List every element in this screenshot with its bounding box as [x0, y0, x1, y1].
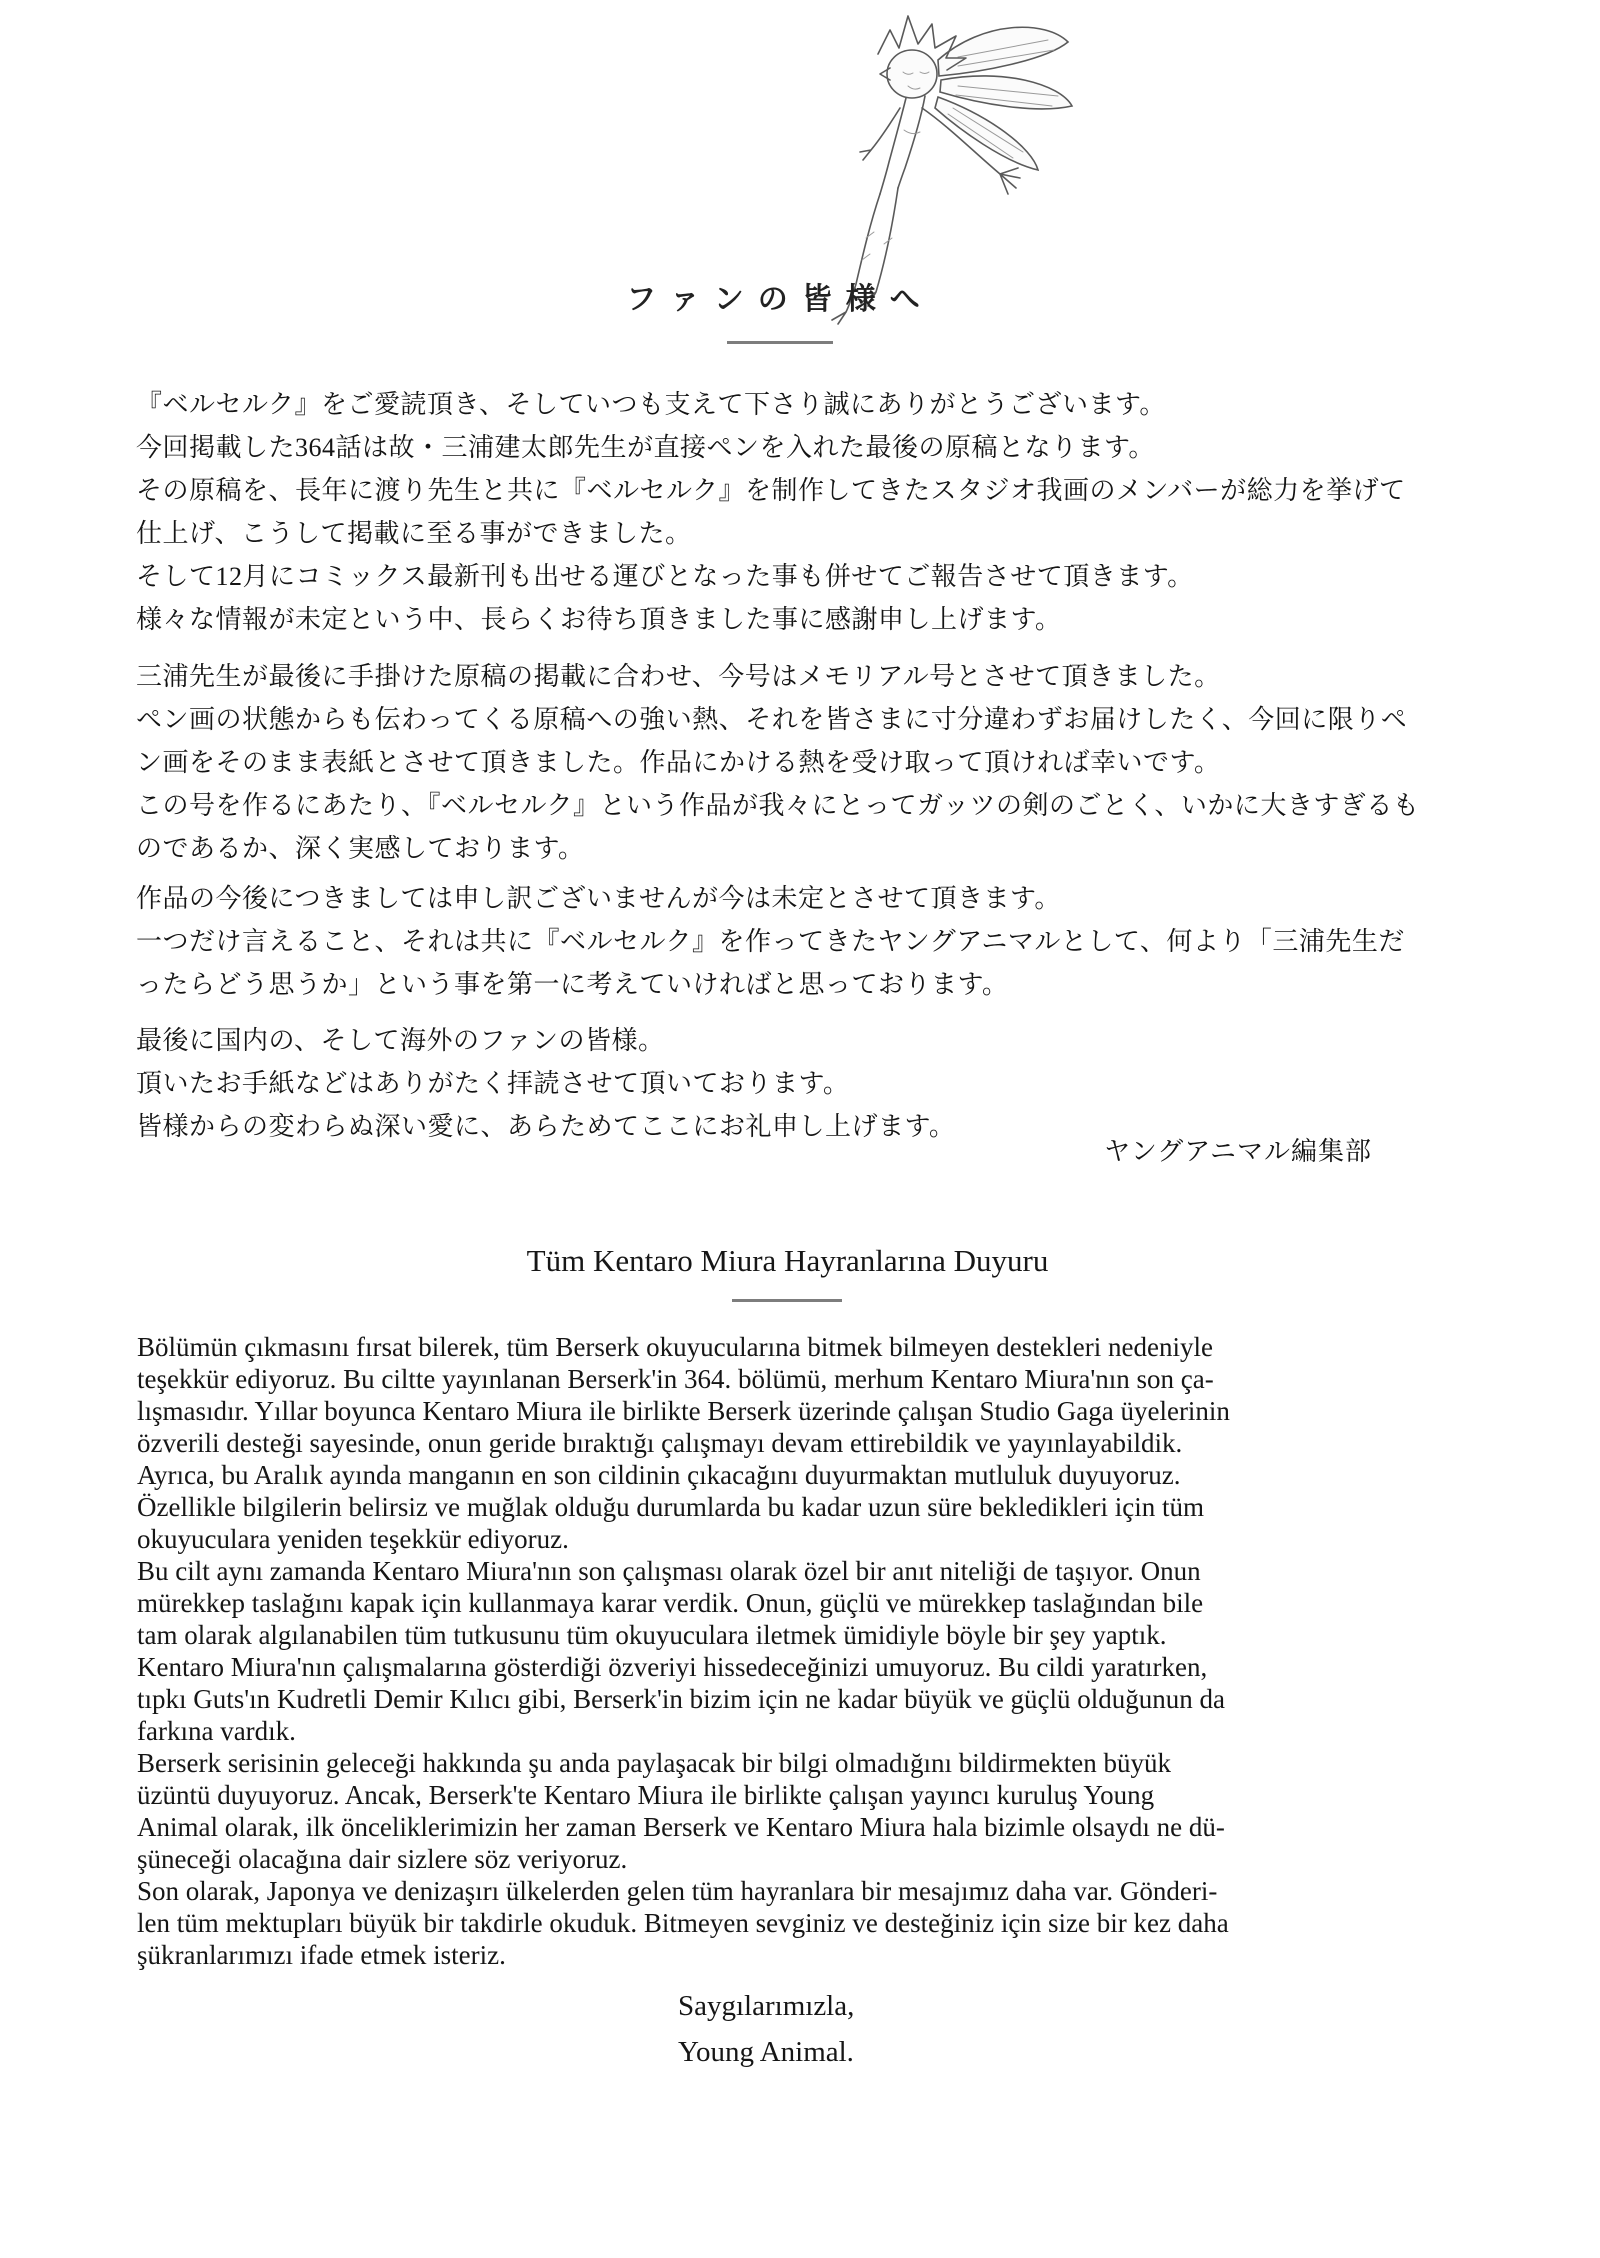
- turkish-text-line: Son olarak, Japonya ve denizaşırı ülkele…: [137, 1875, 1437, 1907]
- japanese-text-line: ったらどう思うか」という事を第一に考えていければと思っております。: [136, 963, 1481, 1006]
- turkish-text-line: mürekkep taslağını kapak için kullanmaya…: [137, 1587, 1437, 1619]
- japanese-text-line: のであるか、深く実感しております。: [136, 827, 1481, 870]
- japanese-text-line: 『ベルセルク』をご愛読頂き、そしていつも支えて下さり誠にありがとうございます。: [136, 383, 1481, 426]
- turkish-text-line: şüneceği olacağına dair sizlere söz veri…: [137, 1843, 1437, 1875]
- turkish-text-line: Bölümün çıkmasını fırsat bilerek, tüm Be…: [137, 1331, 1437, 1363]
- japanese-text-line: その原稿を、長年に渡り先生と共に『ベルセルク』を制作してきたスタジオ我画のメンバ…: [136, 469, 1481, 512]
- japanese-text-line: 様々な情報が未定という中、長らくお待ち頂きました事に感謝申し上げます。: [136, 598, 1481, 641]
- turkish-text-line: tıpkı Guts'ın Kudretli Demir Kılıcı gibi…: [137, 1683, 1437, 1715]
- japanese-text-line: 作品の今後につきましては申し訳ございませんが今は未定とさせて頂きます。: [136, 877, 1481, 920]
- japanese-paragraph-4: 最後に国内の、そして海外のファンの皆様。 頂いたお手紙などはありがたく拝読させて…: [136, 1019, 1481, 1148]
- turkish-signature: Saygılarımızla, Young Animal.: [678, 1983, 854, 2075]
- japanese-text-line: ン画をそのまま表紙とさせて頂きました。作品にかける熱を受け取って頂ければ幸いです…: [136, 741, 1481, 784]
- japanese-text-line: 頂いたお手紙などはありがたく拝読させて頂いております。: [136, 1062, 1481, 1105]
- turkish-text-line: Kentaro Miura'nın çalışmalarına gösterdi…: [137, 1651, 1437, 1683]
- turkish-signature-line: Young Animal.: [678, 2029, 854, 2075]
- japanese-text-line: 今回掲載した364話は故・三浦建太郎先生が直接ペンを入れた最後の原稿となります。: [136, 426, 1481, 469]
- turkish-body: Bölümün çıkmasını fırsat bilerek, tüm Be…: [137, 1331, 1437, 1971]
- turkish-text-line: Animal olarak, ilk önceliklerimizin her …: [137, 1811, 1437, 1843]
- turkish-text-line: üzüntü duyuyoruz. Ancak, Berserk'te Kent…: [137, 1779, 1437, 1811]
- japanese-text-line: 三浦先生が最後に手掛けた原稿の掲載に合わせ、今号はメモリアル号とさせて頂きました…: [136, 655, 1481, 698]
- japanese-paragraph-3: 作品の今後につきましては申し訳ございませんが今は未定とさせて頂きます。 一つだけ…: [136, 877, 1481, 1006]
- turkish-text-line: Ayrıca, bu Aralık ayında manganın en son…: [137, 1459, 1437, 1491]
- japanese-signature: ヤングアニマル編集部: [0, 1131, 1372, 1168]
- turkish-text-line: özverili desteği sayesinde, onun geride …: [137, 1427, 1437, 1459]
- heading-divider: [727, 341, 833, 344]
- japanese-text-line: ペン画の状態からも伝わってくる原稿への強い熱、それを皆さまに寸分違わずお届けした…: [136, 698, 1481, 741]
- heading-divider: [732, 1299, 842, 1302]
- turkish-text-line: Berserk serisinin geleceği hakkında şu a…: [137, 1747, 1437, 1779]
- turkish-text-line: okuyuculara yeniden teşekkür ediyoruz.: [137, 1523, 1437, 1555]
- japanese-paragraph-2: 三浦先生が最後に手掛けた原稿の掲載に合わせ、今号はメモリアル号とさせて頂きました…: [136, 655, 1481, 870]
- turkish-text-line: lışmasıdır. Yıllar boyunca Kentaro Miura…: [137, 1395, 1437, 1427]
- japanese-text-line: そして12月にコミックス最新刊も出せる運びとなった事も併せてご報告させて頂きます…: [136, 555, 1481, 598]
- letter-page: ファンの皆様へ 『ベルセルク』をご愛読頂き、そしていつも支えて下さり誠にありがと…: [0, 0, 1600, 2258]
- turkish-text-line: teşekkür ediyoruz. Bu ciltte yayınlanan …: [137, 1363, 1437, 1395]
- turkish-text-line: Bu cilt aynı zamanda Kentaro Miura'nın s…: [137, 1555, 1437, 1587]
- japanese-heading: ファンの皆様へ: [0, 274, 1560, 318]
- turkish-text-line: len tüm mektupları büyük bir takdirle ok…: [137, 1907, 1437, 1939]
- turkish-text-line: tam olarak algılanabilen tüm tutkusunu t…: [137, 1619, 1437, 1651]
- turkish-heading: Tüm Kentaro Miura Hayranlarına Duyuru: [0, 1243, 1575, 1279]
- japanese-text-line: 仕上げ、こうして掲載に至る事ができました。: [136, 512, 1481, 555]
- japanese-text-line: この号を作るにあたり、『ベルセルク』という作品が我々にとってガッツの剣のごとく、…: [136, 784, 1481, 827]
- japanese-text-line: 一つだけ言えること、それは共に『ベルセルク』を作ってきたヤングアニマルとして、何…: [136, 920, 1481, 963]
- turkish-signature-line: Saygılarımızla,: [678, 1983, 854, 2029]
- japanese-paragraph-1: 『ベルセルク』をご愛読頂き、そしていつも支えて下さり誠にありがとうございます。 …: [136, 383, 1481, 641]
- japanese-text-line: 最後に国内の、そして海外のファンの皆様。: [136, 1019, 1481, 1062]
- turkish-text-line: farkına vardık.: [137, 1715, 1437, 1747]
- turkish-text-line: şükranlarımızı ifade etmek isteriz.: [137, 1939, 1437, 1971]
- turkish-text-line: Özellikle bilgilerin belirsiz ve muğlak …: [137, 1491, 1437, 1523]
